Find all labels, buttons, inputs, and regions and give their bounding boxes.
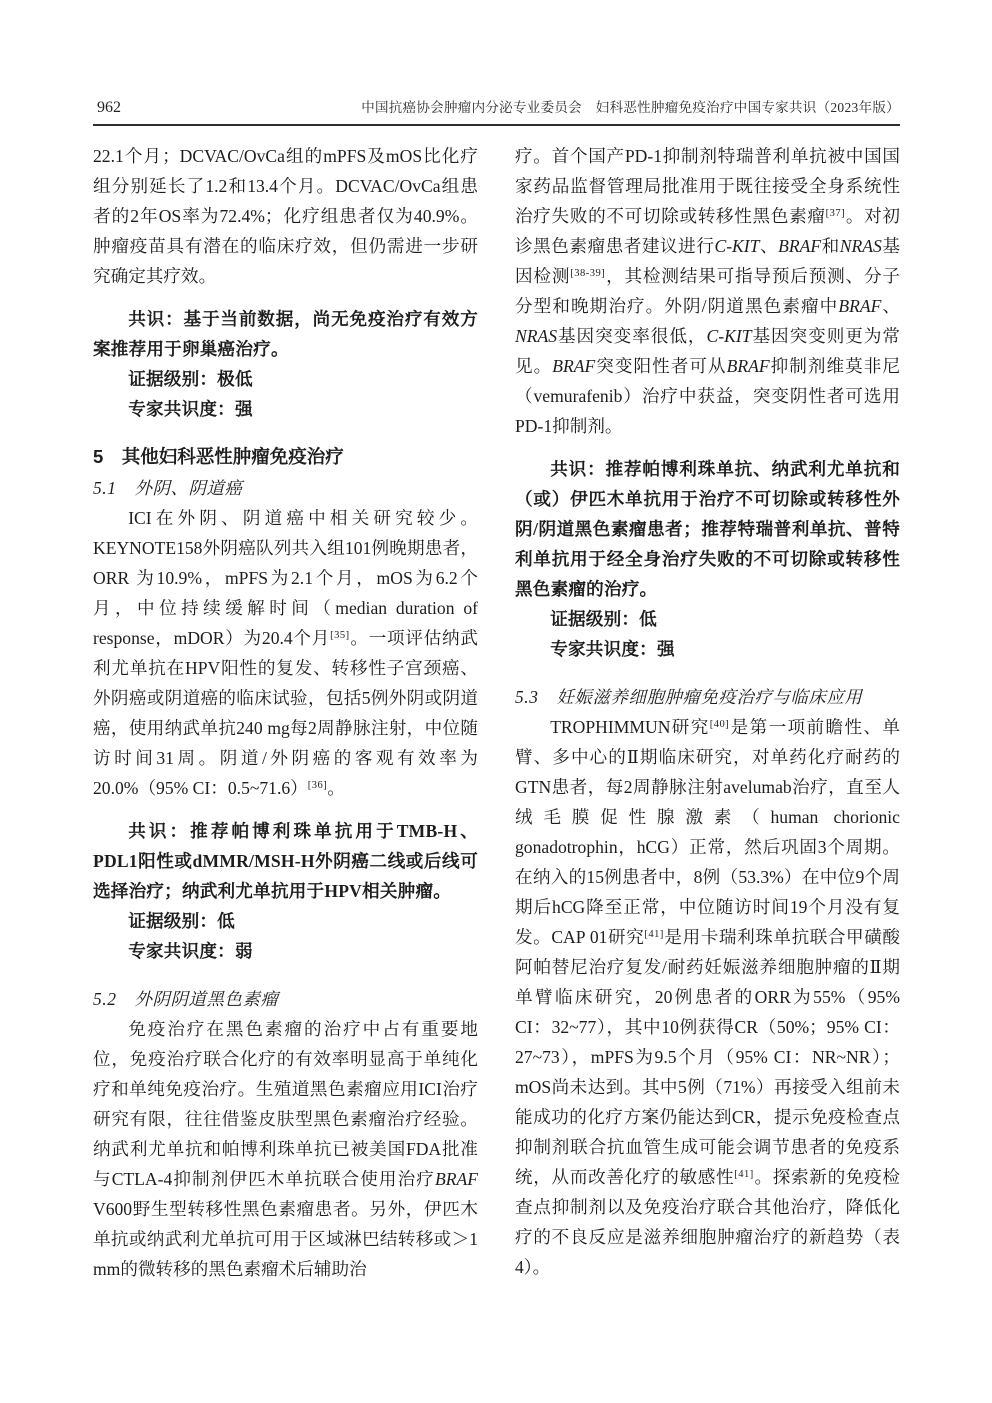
evidence-level: 证据级别：低: [515, 604, 900, 634]
citation-ref: [40]: [710, 719, 730, 730]
citation-ref: [41]: [734, 1169, 754, 1180]
journal-page: 962 中国抗癌协会肿瘤内分泌专业委员会 妇科恶性肿瘤免疫治疗中国专家共识（20…: [0, 0, 992, 1403]
paragraph-ovarian-vaccine: 22.1个月；DCVAC/OvCa组的mPFS及mOS比化疗组分别延长了1.2和…: [93, 141, 478, 291]
expert-consensus-degree: 专家共识度：弱: [93, 936, 478, 966]
text-run: 。: [327, 778, 345, 798]
subsection-heading-5-2: 5.2 外阴阴道黑色素瘤: [93, 984, 478, 1014]
header-rule: [93, 124, 900, 126]
text-run: 证据级别：低: [128, 911, 235, 931]
section-heading-5: 5 其他妇科恶性肿瘤免疫治疗: [93, 442, 478, 472]
paragraph-melanoma: 免疫治疗在黑色素瘤的治疗中占有重要地位，免疫治疗联合化疗的有效率明显高于单纯化疗…: [93, 1014, 478, 1284]
subsection-heading-5-1: 5.1 外阴、阴道癌: [93, 473, 478, 503]
text-run: 免疫治疗在黑色素瘤的治疗中占有重要地位，免疫治疗联合化疗的有效率明显高于单纯化疗…: [93, 1019, 478, 1189]
text-run: 基因突变率很低，: [557, 326, 706, 346]
text-run: 专家共识度：强: [550, 639, 675, 659]
evidence-level: 证据级别：极低: [93, 364, 478, 394]
text-run: 、: [881, 296, 900, 316]
gene-name: NRAS: [840, 236, 882, 256]
evidence-level: 证据级别：低: [93, 906, 478, 936]
gene-name: BRAF: [435, 1169, 478, 1189]
citation-ref: [36]: [308, 780, 328, 791]
text-run: 专家共识度：强: [128, 399, 253, 419]
gene-name: BRAF: [552, 356, 595, 376]
text-run: 证据级别：极低: [128, 369, 253, 389]
citation-ref: [38-39]: [570, 268, 605, 279]
text-run: 5 其他妇科恶性肿瘤免疫治疗: [93, 446, 344, 467]
text-run: 是第一项前瞻性、单臂、多中心的Ⅱ期临床研究，对单药化疗耐药的GTN患者，每2周静…: [515, 717, 900, 947]
expert-consensus-degree: 专家共识度：强: [515, 634, 900, 664]
text-run: 突变阳性者可从: [595, 356, 726, 376]
text-run: 5.1 外阴、阴道癌: [93, 478, 242, 498]
page-number: 962: [97, 99, 121, 117]
gene-name: BRAF: [838, 296, 881, 316]
text-run: 5.3 妊娠滋养细胞肿瘤免疫治疗与临床应用: [515, 687, 862, 707]
text-run: 证据级别：低: [550, 609, 657, 629]
gene-name: C-KIT: [714, 236, 759, 256]
running-title: 中国抗癌协会肿瘤内分泌专业委员会 妇科恶性肿瘤免疫治疗中国专家共识（2023年版…: [361, 96, 900, 116]
subsection-heading-5-3: 5.3 妊娠滋养细胞肿瘤免疫治疗与临床应用: [515, 682, 900, 712]
article-body: 22.1个月；DCVAC/OvCa组的mPFS及mOS比化疗组分别延长了1.2和…: [93, 141, 900, 1284]
right-column: 疗。首个国产PD-1抑制剂特瑞普利单抗被中国国家药品监督管理局批准用于既往接受全…: [515, 141, 900, 1284]
gene-name: NRAS: [515, 326, 557, 346]
citation-ref: [41]: [644, 929, 664, 940]
citation-ref: [35]: [330, 630, 350, 641]
consensus-melanoma: 共识：推荐帕博利珠单抗、纳武利尤单抗和（或）伊匹木单抗用于治疗不可切除或转移性外…: [515, 454, 900, 604]
gene-name: C-KIT: [707, 326, 752, 346]
paragraph-melanoma-continued: 疗。首个国产PD-1抑制剂特瑞普利单抗被中国国家药品监督管理局批准用于既往接受全…: [515, 141, 900, 441]
text-run: 。一项评估纳武利尤单抗在HPV阳性的复发、转移性子宫颈癌、外阴癌或阴道癌的临床试…: [93, 628, 478, 798]
text-run: 22.1个月；DCVAC/OvCa组的mPFS及mOS比化疗组分别延长了1.2和…: [93, 146, 478, 286]
text-run: 5.2 外阴阴道黑色素瘤: [93, 989, 278, 1009]
gene-name: BRAF: [778, 236, 821, 256]
consensus-ovarian: 共识：基于当前数据，尚无免疫治疗有效方案推荐用于卵巢癌治疗。: [93, 304, 478, 364]
left-column: 22.1个月；DCVAC/OvCa组的mPFS及mOS比化疗组分别延长了1.2和…: [93, 141, 478, 1284]
text-run: 和: [821, 236, 840, 256]
text-run: 共识：推荐帕博利珠单抗用于TMB-H、PDL1阳性或dMMR/MSH-H外阴癌二…: [93, 821, 478, 901]
text-run: 共识：推荐帕博利珠单抗、纳武利尤单抗和（或）伊匹木单抗用于治疗不可切除或转移性外…: [515, 459, 900, 599]
paragraph-vulvar-vaginal: ICI在外阴、阴道癌中相关研究较少。KEYNOTE158外阴癌队列共入组101例…: [93, 503, 478, 803]
gene-name: BRAF: [727, 356, 770, 376]
text-run: V600野生型转移性黑色素瘤患者。另外，伊匹木单抗或纳武利尤单抗可用于区域淋巴结…: [93, 1199, 478, 1279]
expert-consensus-degree: 专家共识度：强: [93, 394, 478, 424]
text-run: 共识：基于当前数据，尚无免疫治疗有效方案推荐用于卵巢癌治疗。: [93, 309, 478, 359]
text-run: 是用卡瑞利珠单抗联合甲磺酸阿帕替尼治疗复发/耐药妊娠滋养细胞肿瘤的Ⅱ期单臂临床研…: [515, 927, 900, 1187]
citation-ref: [37]: [826, 208, 846, 219]
text-run: 、: [759, 236, 778, 256]
page-header: 962 中国抗癌协会肿瘤内分泌专业委员会 妇科恶性肿瘤免疫治疗中国专家共识（20…: [97, 96, 900, 117]
consensus-vulvar: 共识：推荐帕博利珠单抗用于TMB-H、PDL1阳性或dMMR/MSH-H外阴癌二…: [93, 816, 478, 906]
text-run: TROPHIMMUN研究: [550, 717, 710, 737]
text-run: ICI在外阴、阴道癌中相关研究较少。KEYNOTE158外阴癌队列共入组101例…: [93, 508, 478, 648]
text-run: 专家共识度：弱: [128, 941, 253, 961]
paragraph-gtn: TROPHIMMUN研究[40]是第一项前瞻性、单臂、多中心的Ⅱ期临床研究，对单…: [515, 712, 900, 1282]
